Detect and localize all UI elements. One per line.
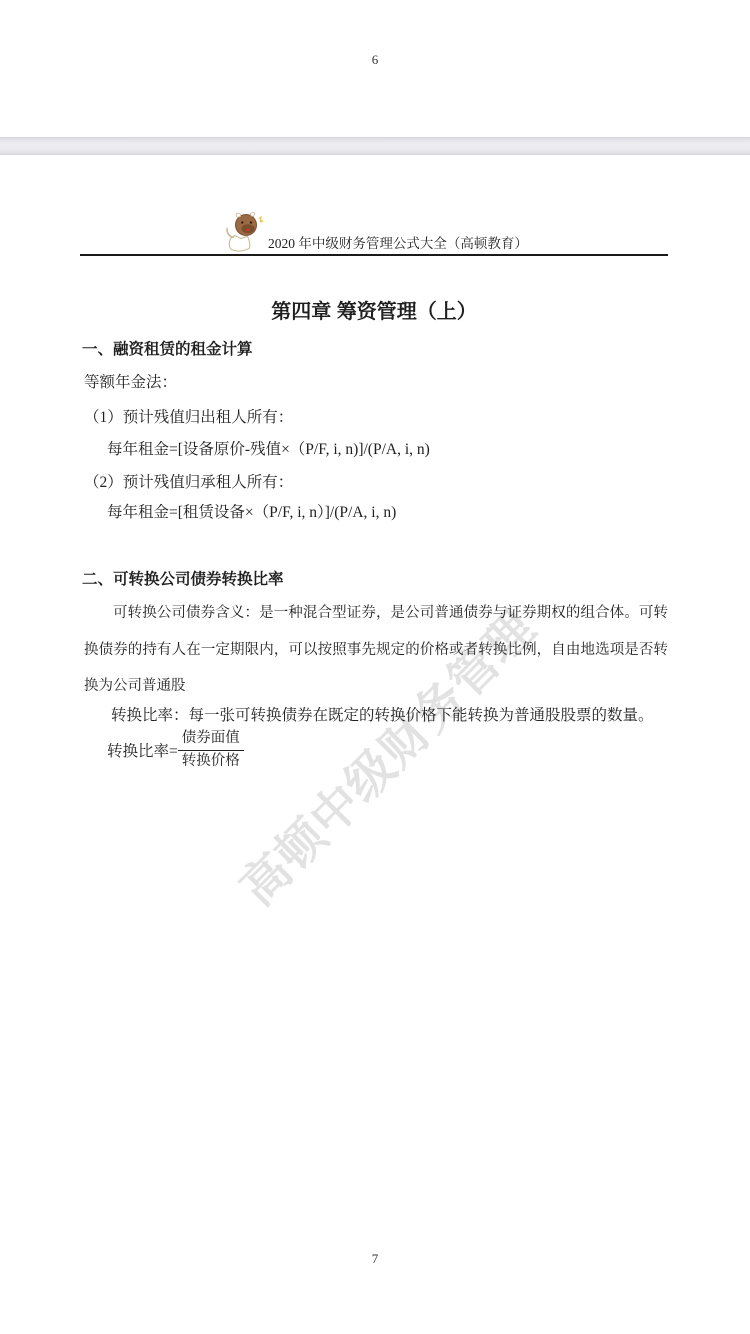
lease-case-2-label: （2）预计残值归承租人所有： [84, 470, 293, 492]
page-separator [0, 137, 750, 155]
page-number-6: 6 [0, 52, 750, 68]
document-header-title: 2020 年中级财务管理公式大全（高顿教育） [268, 235, 528, 252]
bond-definition-line-1: 可转换公司债券含义：是一种混合型证券，是公司普通债券与证券期权的组合体。可转 [84, 601, 668, 622]
bond-definition-line-2: 换债券的持有人在一定期限内，可以按照事先规定的价格或者转换比例，自由地选项是否转 [84, 638, 668, 659]
fraction-denominator: 转换价格 [178, 751, 244, 772]
conversion-ratio-formula: 转换比率= 债券面值 转换价格 [107, 729, 244, 771]
page-6-bottom: 6 [0, 0, 750, 137]
lease-case-1-formula: 每年租金=[设备原价-残值×（P/F, i, n)]/(P/A, i, n) [107, 437, 430, 459]
page-7: 高顿中级财务管理 2020 年中级财务管理公式大全（高顿教育） 第四章 筹资管理… [0, 155, 750, 1334]
gaodun-mascot-icon [221, 211, 265, 254]
conversion-ratio-definition: 转换比率：每一张可转换债券在既定的转换价格下能转换为普通股股票的数量。 [84, 703, 654, 725]
document-viewer[interactable]: 6 高顿中级财务管理 2020 年中级财务管理公式大全（高顿教育） 第四章 筹资… [0, 0, 750, 1334]
fraction-numerator: 债券面值 [178, 729, 244, 751]
bond-definition-line-3: 换为公司普通股 [84, 674, 668, 695]
conversion-ratio-label: 转换比率= [107, 739, 178, 761]
section-2-heading: 二、可转换公司债券转换比率 [82, 567, 284, 589]
lease-case-2-formula: 每年租金=[租赁设备×（P/F, i, n）]/(P/A, i, n) [107, 500, 396, 522]
chapter-title: 第四章 筹资管理（上） [80, 295, 668, 324]
page-number-7: 7 [0, 1251, 750, 1267]
lease-case-1-label: （1）预计残值归出租人所有： [84, 405, 293, 427]
section-1-heading: 一、融资租赁的租金计算 [82, 337, 253, 359]
conversion-ratio-fraction: 债券面值 转换价格 [178, 729, 244, 771]
header-rule [80, 254, 668, 256]
annuity-method-label: 等额年金法： [84, 370, 177, 392]
